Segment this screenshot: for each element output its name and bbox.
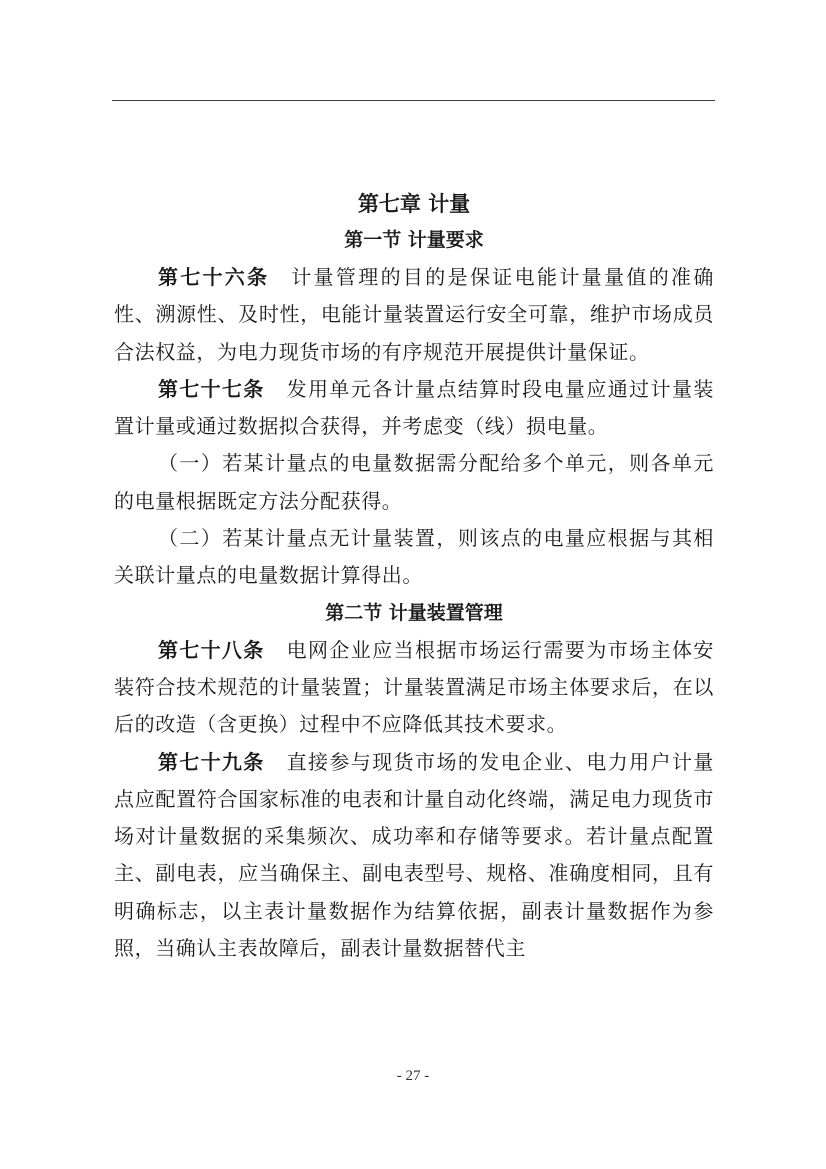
article-label: 第七十六条: [158, 265, 269, 289]
article-77: 第七十七条发用单元各计量点结算时段电量应通过计量装置计量或通过数据拟合获得，并考…: [114, 371, 714, 446]
page-content: 第七章 计量 第一节 计量要求 第七十六条计量管理的目的是保证电能计量量值的准确…: [114, 186, 714, 967]
list-item-1: （一）若某计量点的电量数据需分配给多个单元，则各单元的电量根据既定方法分配获得。: [114, 445, 714, 520]
article-label: 第七十八条: [158, 638, 265, 662]
article-79: 第七十九条直接参与现货市场的发电企业、电力用户计量点应配置符合国家标准的电表和计…: [114, 744, 714, 968]
article-text: 直接参与现货市场的发电企业、电力用户计量点应配置符合国家标准的电表和计量自动化终…: [114, 750, 714, 960]
article-78: 第七十八条电网企业应当根据市场运行需要为市场主体安装符合技术规范的计量装置；计量…: [114, 632, 714, 744]
section-title-1: 第一节 计量要求: [114, 222, 714, 259]
article-label: 第七十七条: [158, 377, 265, 401]
header-rule: [112, 100, 715, 101]
chapter-title: 第七章 计量: [114, 186, 714, 222]
page-number: - 27 -: [0, 1068, 826, 1085]
list-item-2: （二）若某计量点无计量装置，则该点的电量应根据与其相关联计量点的电量数据计算得出…: [114, 520, 714, 595]
section-title-2: 第二节 计量装置管理: [114, 595, 714, 632]
article-76: 第七十六条计量管理的目的是保证电能计量量值的准确性、溯源性、及时性，电能计量装置…: [114, 259, 714, 371]
article-label: 第七十九条: [158, 750, 265, 774]
